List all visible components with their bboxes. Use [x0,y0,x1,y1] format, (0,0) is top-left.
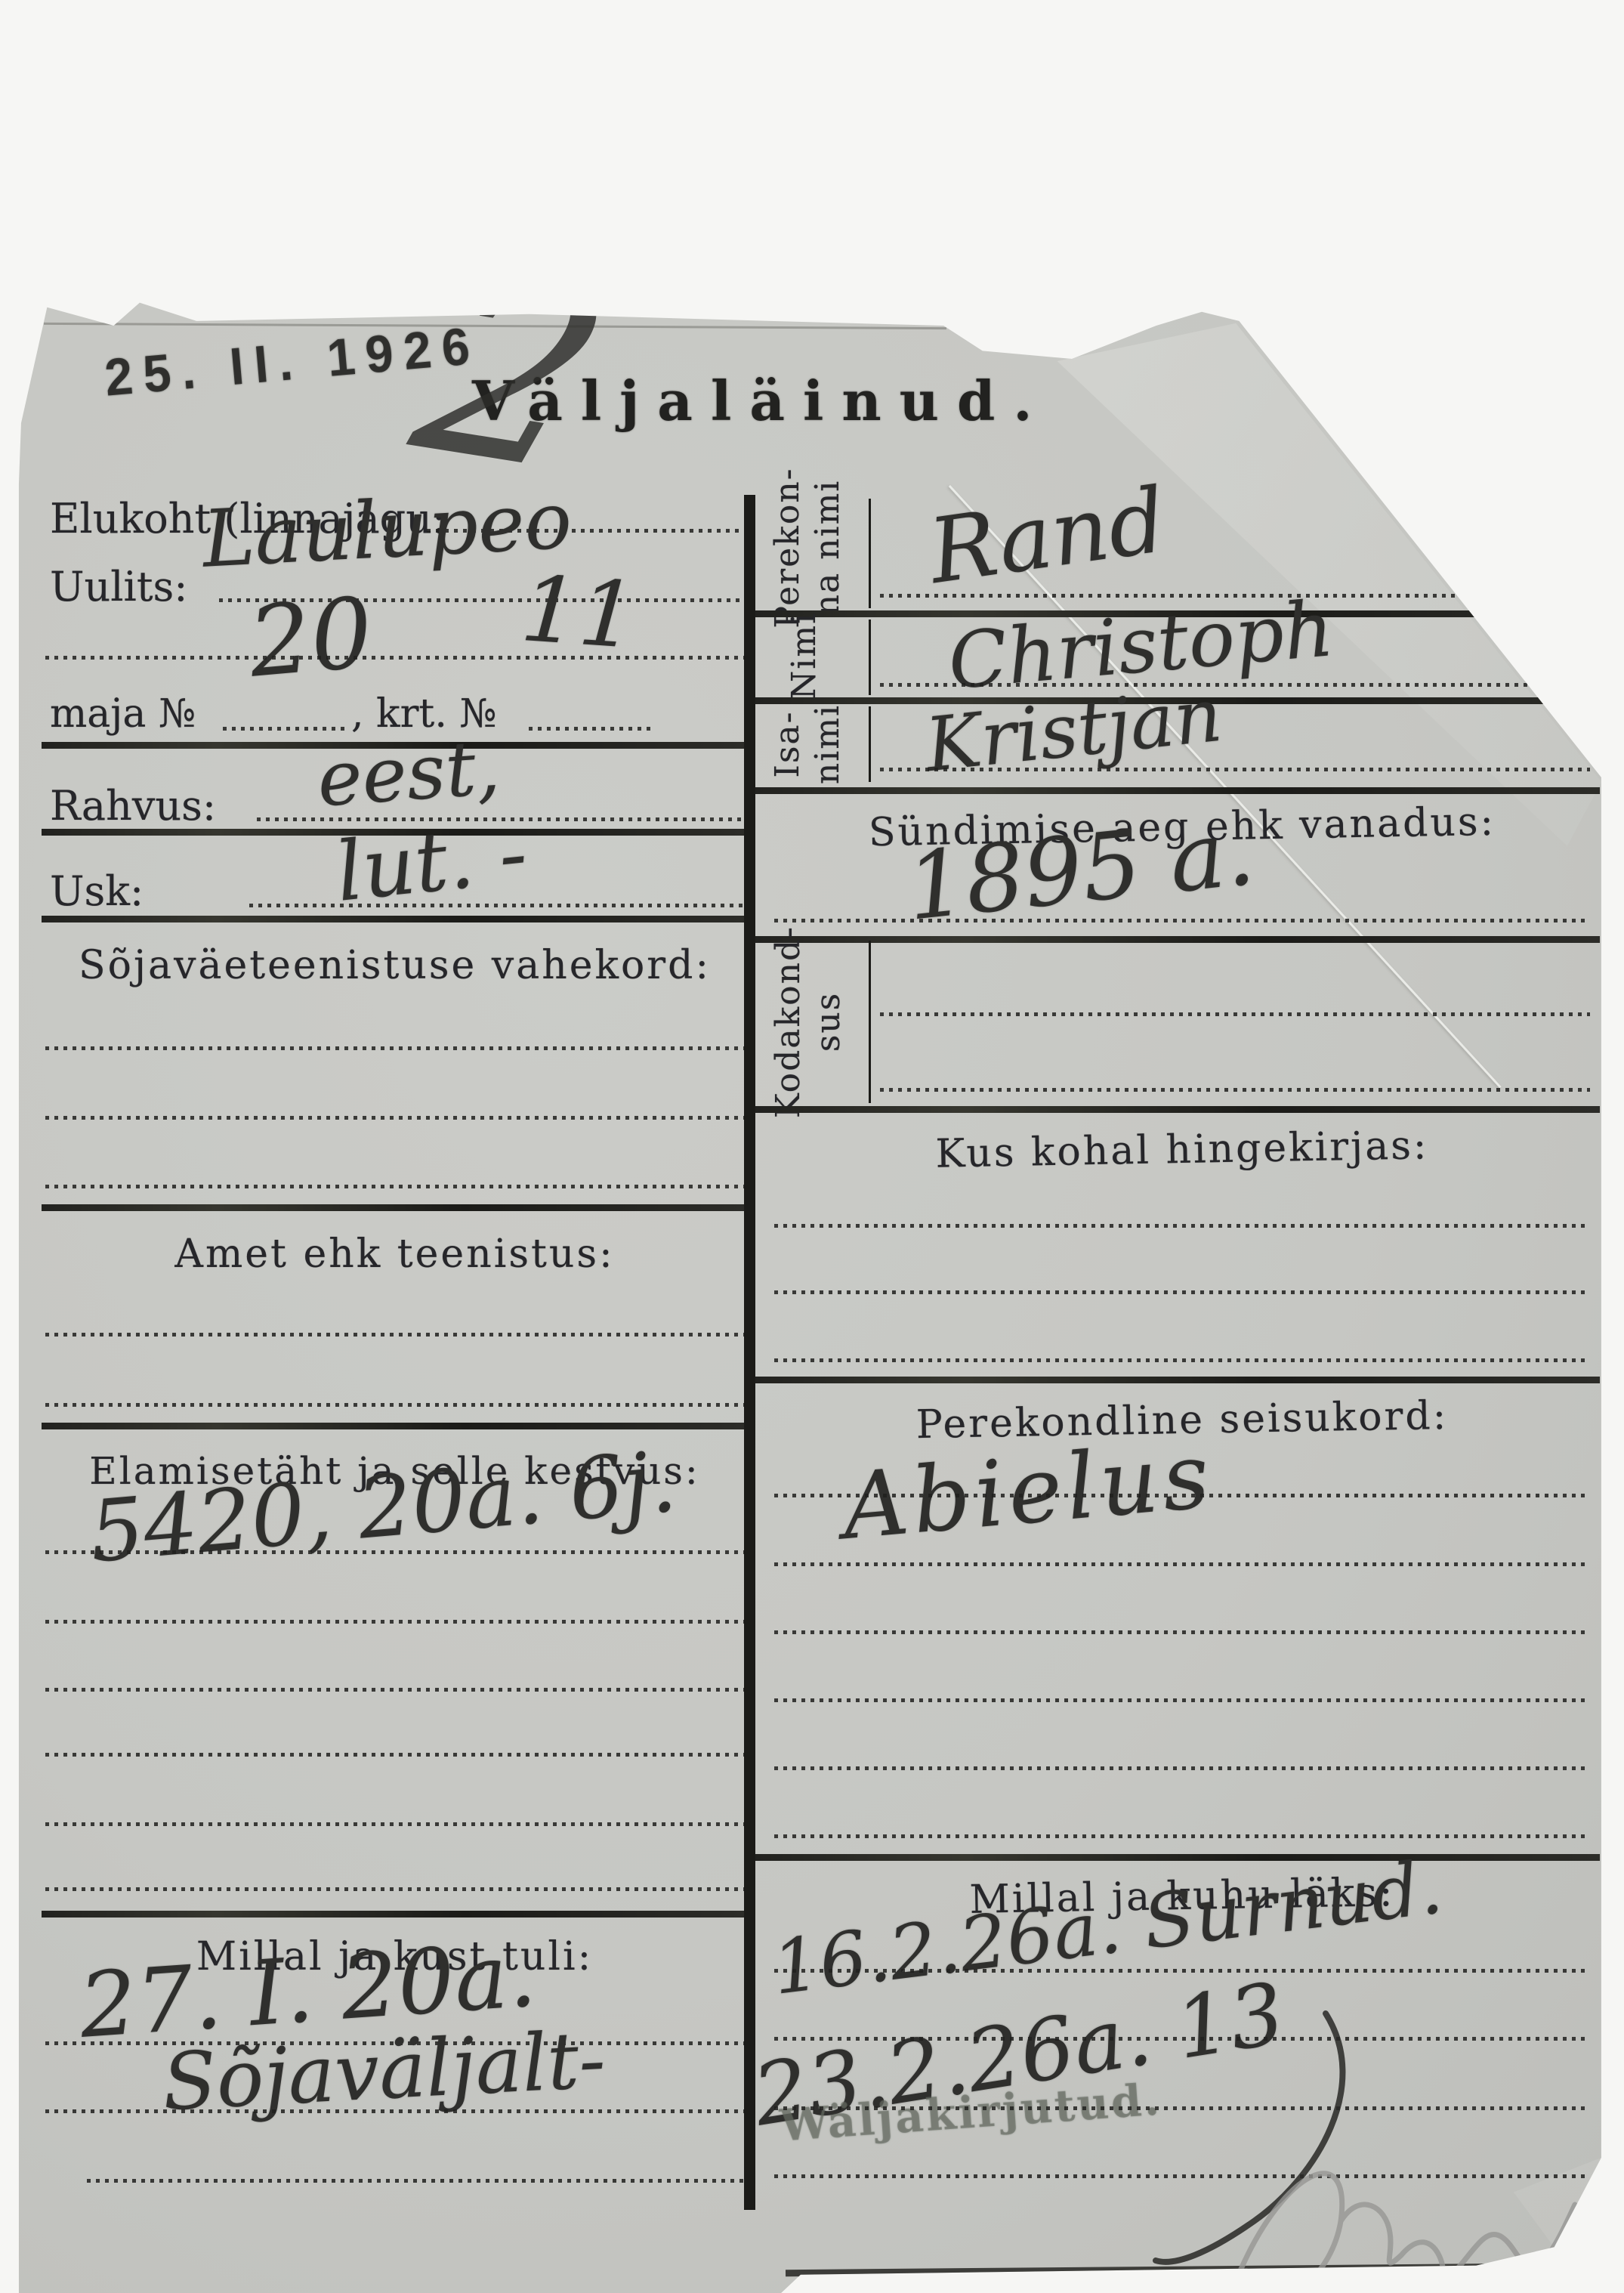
section-rule [755,1106,1600,1113]
military-heading: Sõjaväeteenistuse vahekord: [45,943,744,988]
dotted-line [45,656,744,660]
uulits-label: Uulits: [50,563,187,610]
section-rule [42,916,746,922]
dotted-line [223,727,347,731]
occupation-heading: Amet ehk teenistus: [45,1231,744,1277]
dotted-line [774,1766,1590,1770]
dotted-line [45,1403,744,1407]
section-rule [755,1377,1600,1383]
dotted-line [774,1562,1590,1566]
registry-heading: Kus kohal hingekirjas: [770,1120,1595,1179]
krt-number-handwriting: 11 [517,557,640,669]
departure-handwriting-1: 16.2.26a. Surnud. [767,1844,1446,2012]
citizenship-label: Kodakond- sus [727,922,890,1122]
maja-label: maja № [50,691,196,737]
rahvus-label: Rahvus: [50,782,216,830]
dotted-line [880,768,1590,771]
dotted-line [774,1698,1590,1702]
usk-handwriting: lut. - [332,806,531,920]
label-strip-divider [869,620,871,695]
dotted-line [880,683,1590,687]
dotted-line [774,1969,1590,1973]
dotted-line [45,1822,744,1826]
section-rule [42,1423,746,1429]
section-rule [42,1911,746,1918]
section-rule [42,1204,746,1211]
maja-number-handwriting: 20 [245,576,377,700]
dotted-line [880,1012,1590,1016]
label-strip-divider [869,499,871,608]
dotted-line [774,2174,1590,2178]
dotted-line [45,1550,744,1554]
dotted-line [774,1834,1590,1838]
usk-label: Usk: [50,867,144,915]
dotted-line [45,1887,744,1891]
dotted-line [774,1224,1590,1228]
dotted-line [87,2179,744,2183]
surname-handwriting: Rand [923,468,1172,604]
dotted-line [45,1620,744,1624]
dotted-line [880,1088,1590,1092]
dotted-line [249,904,744,907]
dotted-line [45,1116,744,1120]
rahvus-handwriting: eest, [314,723,502,824]
dotted-line [774,1358,1590,1362]
dotted-line [774,2037,1590,2041]
dotted-line [45,1185,744,1188]
scanned-document-page: 25. II. 1926 Väljaläinud. 2 Elukoht (lin… [0,0,1624,2293]
form-paper: 25. II. 1926 Väljaläinud. 2 Elukoht (lin… [0,0,1624,2293]
dotted-line [774,2106,1590,2110]
dotted-line [529,727,653,731]
section-rule [755,787,1600,794]
dotted-line [774,919,1590,922]
father-name-label: Isa- nimi [770,665,846,824]
dotted-line [774,1290,1590,1294]
dotted-line [45,2109,744,2113]
dotted-line [45,1333,744,1337]
street-handwriting: Laulupeo [200,474,574,585]
column-divider [744,495,755,2210]
label-strip-divider [869,706,871,782]
section-rule [755,1854,1600,1861]
dotted-line [774,1630,1590,1634]
dotted-line [45,1046,744,1050]
dotted-line [45,1753,744,1757]
dotted-line [45,1688,744,1692]
bottom-scan-edge [786,2264,1511,2276]
dotted-line [774,1494,1590,1497]
